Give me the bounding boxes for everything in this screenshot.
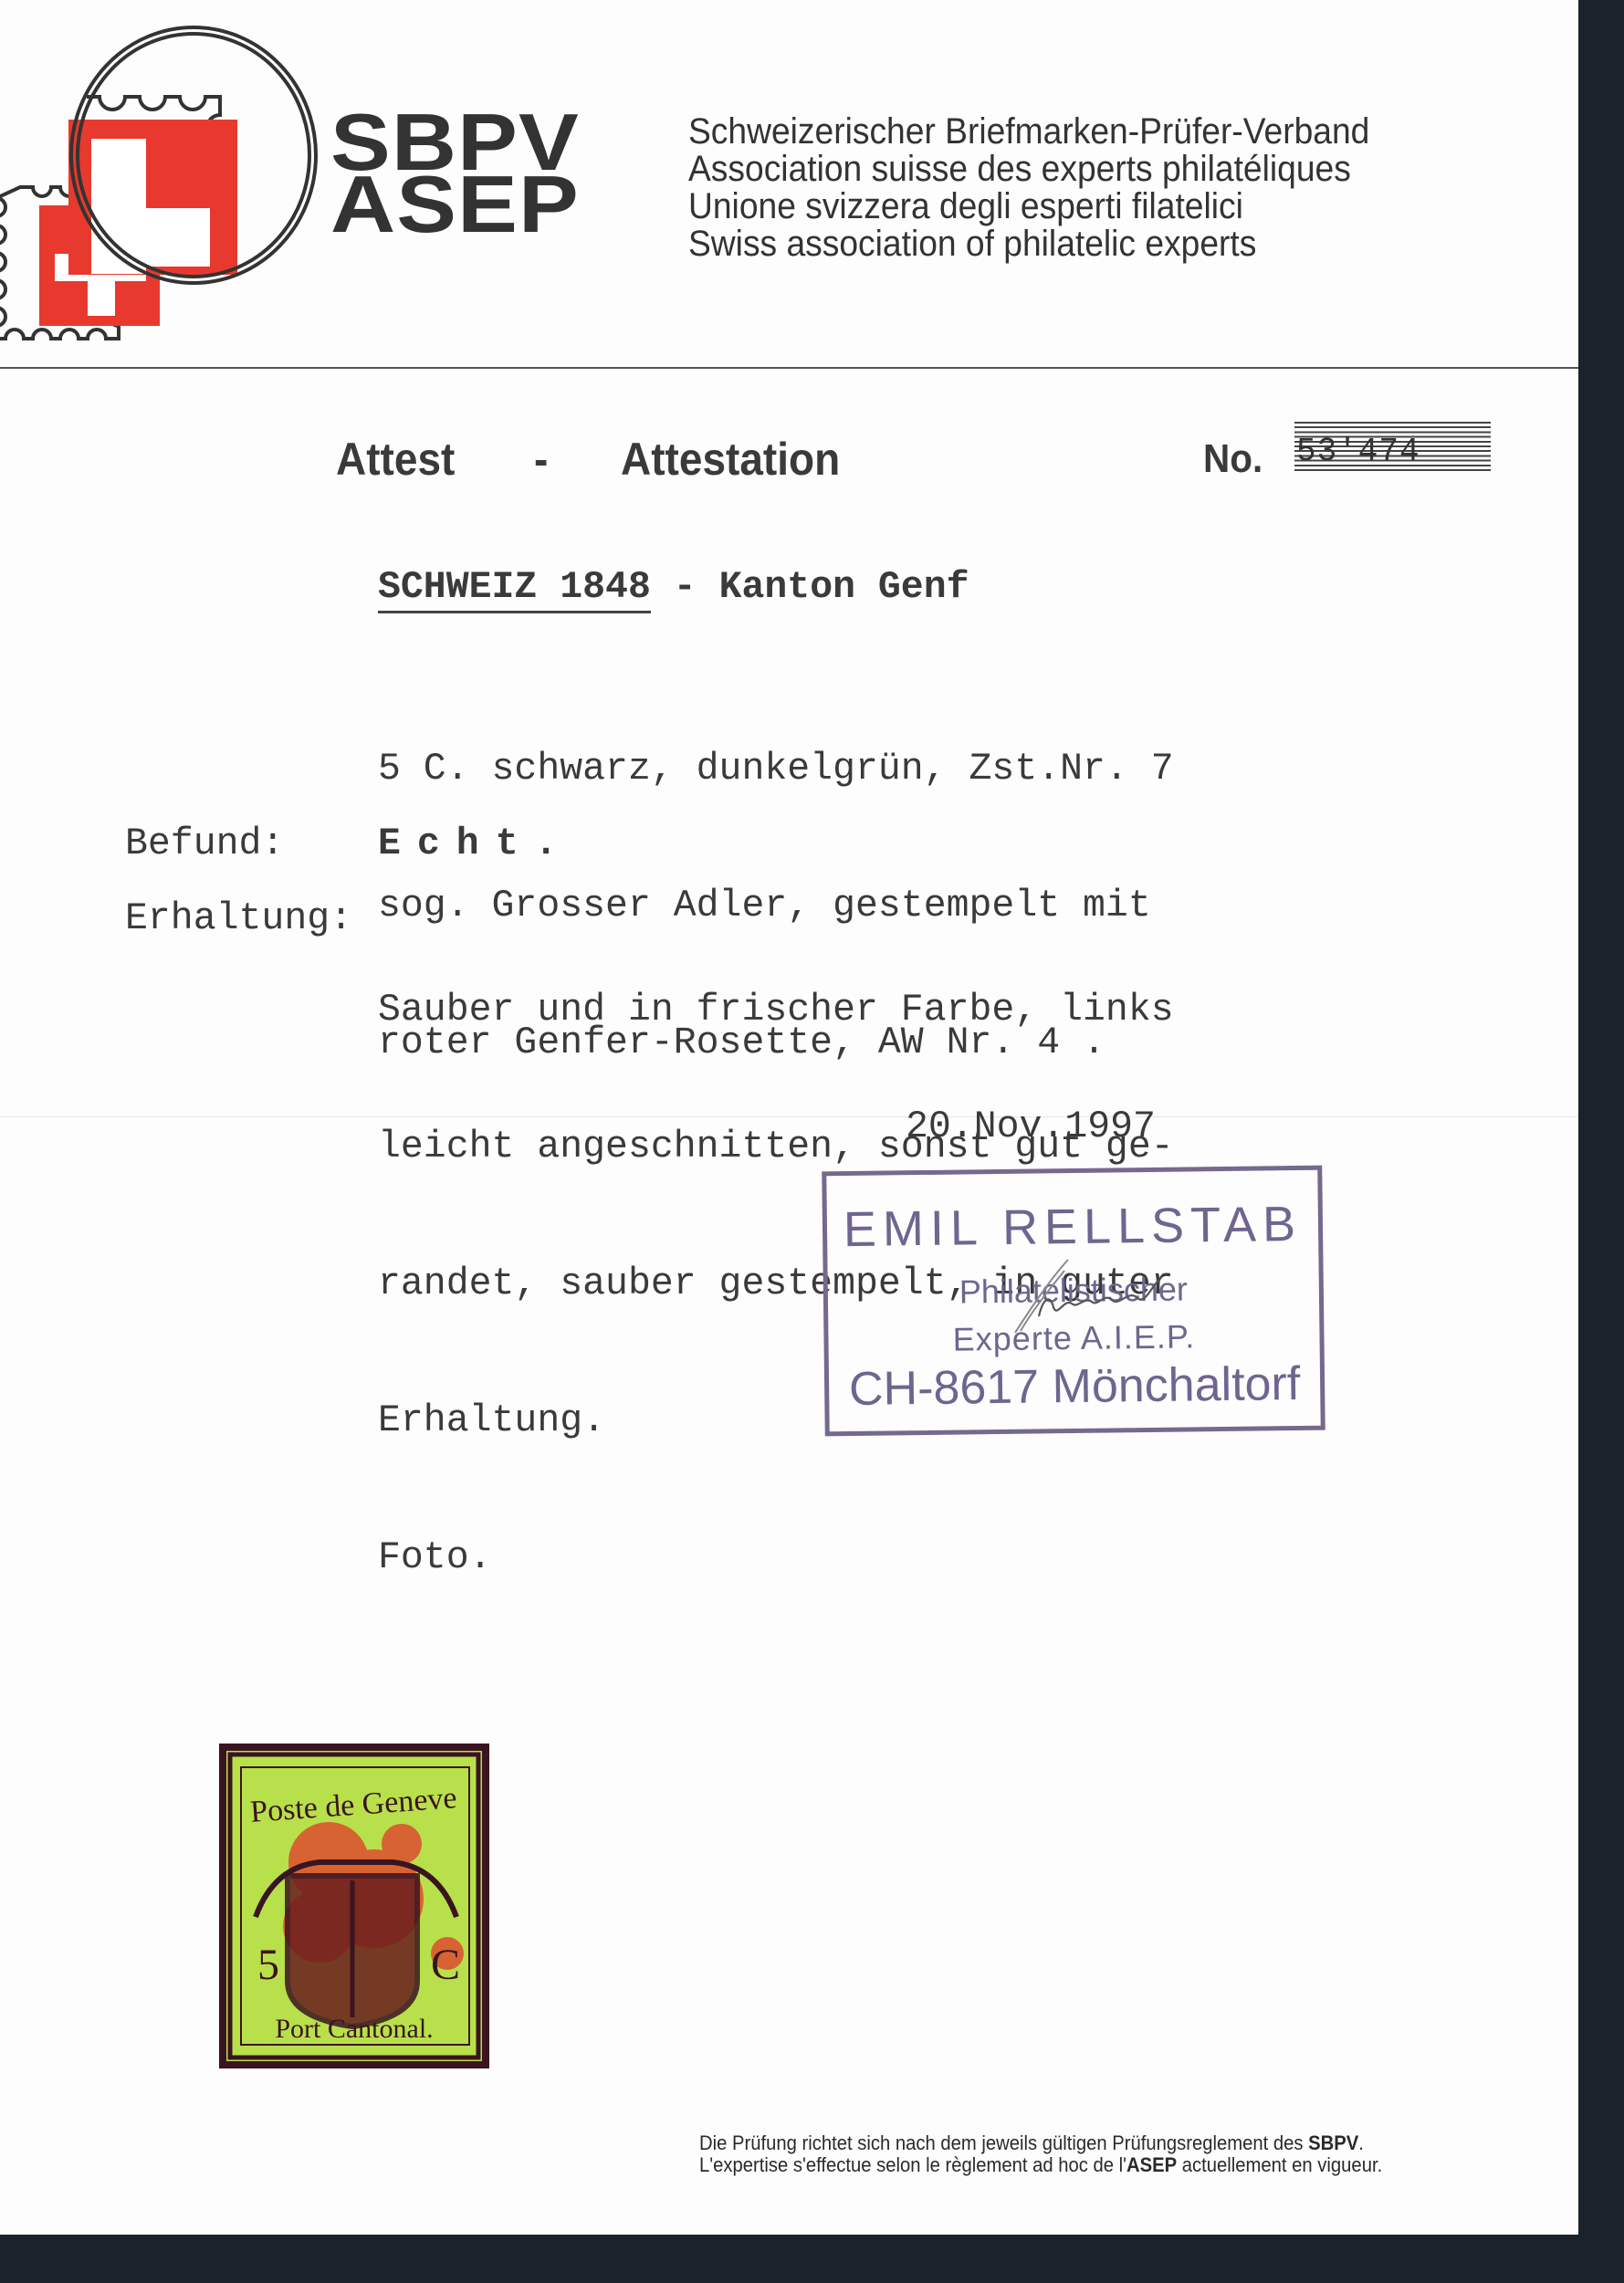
postage-stamp-image: Poste de Geneve 5 C Port Cantonal. xyxy=(219,1744,489,2068)
erhaltung-label: Erhaltung: xyxy=(125,896,352,942)
certificate-number-label: No. xyxy=(1203,436,1263,482)
association-name-de: Schweizerischer Briefmarken-Prüfer-Verba… xyxy=(688,113,1369,151)
svg-text:Port Cantonal.: Port Cantonal. xyxy=(275,2014,433,2044)
association-name-it: Unione svizzera degli esperti filatelici xyxy=(688,188,1369,225)
footer-line-de: Die Prüfung richtet sich nach dem jeweil… xyxy=(699,2132,1382,2154)
description-line: 5 C. schwarz, dunkelgrün, Zst.Nr. 7 xyxy=(378,747,1174,792)
befund-label: Befund: xyxy=(125,822,284,867)
certificate-page: SBPV ASEP Schweizerischer Briefmarken-Pr… xyxy=(0,0,1578,2235)
certificate-number: 53'474 xyxy=(1296,433,1420,470)
footer-disclaimer: Die Prüfung richtet sich nach dem jeweil… xyxy=(699,2132,1382,2176)
subject-heading: SCHWEIZ 1848 - Kanton Genf xyxy=(378,566,969,609)
association-name-en: Swiss association of philatelic experts xyxy=(688,225,1369,263)
sbpv-logo-icon xyxy=(0,0,329,365)
certificate-date: 20.Nov.1997 xyxy=(906,1105,1156,1150)
title-dash: - xyxy=(534,433,548,486)
fold-line xyxy=(0,1116,1578,1117)
svg-text:C: C xyxy=(431,1941,460,1989)
subject-canton: - Kanton Genf xyxy=(651,566,969,609)
erhaltung-line: Sauber und in frischer Farbe, links xyxy=(378,988,1174,1033)
association-names: Schweizerischer Briefmarken-Prüfer-Verba… xyxy=(688,113,1369,263)
erhaltung-line: Foto. xyxy=(378,1535,1174,1572)
association-name-fr: Association suisse des experts philatéli… xyxy=(688,151,1369,188)
befund-value: Echt. xyxy=(378,822,574,867)
title-attest: Attest xyxy=(336,433,455,486)
brand-asep: ASEP xyxy=(330,173,580,236)
footer-line-fr: L'expertise s'effectue selon le règlemen… xyxy=(699,2154,1382,2176)
header-divider xyxy=(0,367,1578,369)
svg-text:5: 5 xyxy=(257,1941,279,1989)
expert-name: EMIL RELLSTAB xyxy=(827,1196,1319,1259)
title-attestation: Attestation xyxy=(621,433,840,486)
signature-icon xyxy=(977,1252,1232,1335)
subject-country-year: SCHWEIZ 1848 xyxy=(378,566,651,613)
expert-location: CH-8617 Mönchaltorf xyxy=(829,1356,1321,1418)
